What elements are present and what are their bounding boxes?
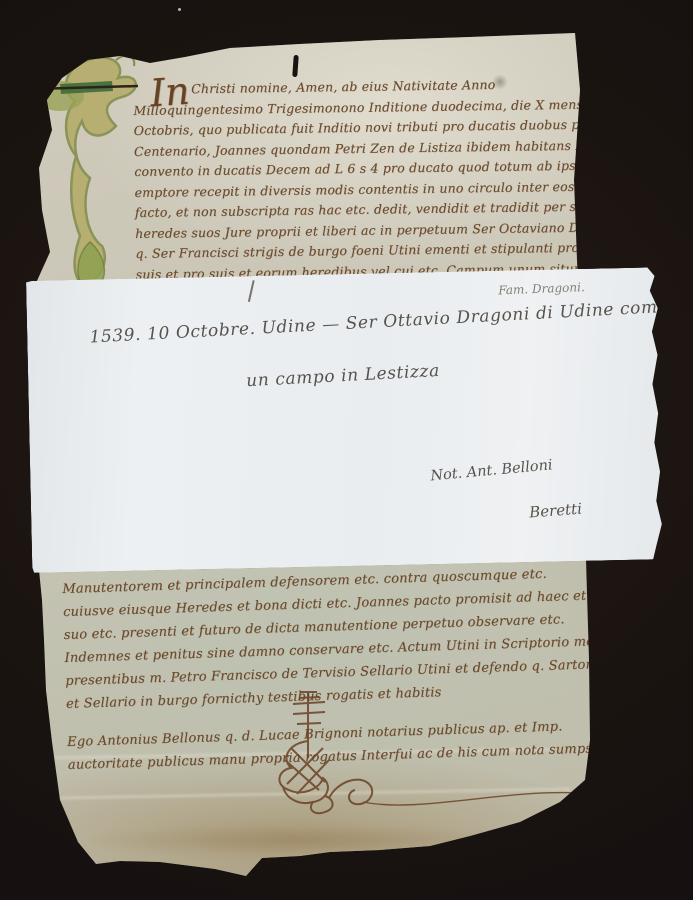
slip-summary-line-2: un campo in Lestizza <box>246 361 441 391</box>
parchment-slit <box>292 55 299 77</box>
archivist-paper-slip: Fam. Dragoni. 1539. 10 Octobre. Udine — … <box>26 267 663 573</box>
foliate-initial-icon <box>30 46 145 301</box>
notarial-signum-icon <box>263 686 598 816</box>
pen-tick-mark <box>248 280 255 302</box>
manuscript-top-block: Christi nomine, Amen, ab eius Nativitate… <box>133 74 588 285</box>
notary-attribution: Not. Ant. Belloni <box>430 457 553 484</box>
family-archive-label: Fam. Dragoni. <box>498 280 585 297</box>
parchment-stain <box>90 826 520 854</box>
slip-summary-line-1: 1539. 10 Octobre. Udine — Ser Ottavio Dr… <box>89 296 689 348</box>
dust-speck <box>178 8 181 11</box>
photo-stage: In Christi nomine, Amen, ab eius Nativit… <box>0 0 693 900</box>
archivist-signature: Beretti <box>529 500 583 522</box>
